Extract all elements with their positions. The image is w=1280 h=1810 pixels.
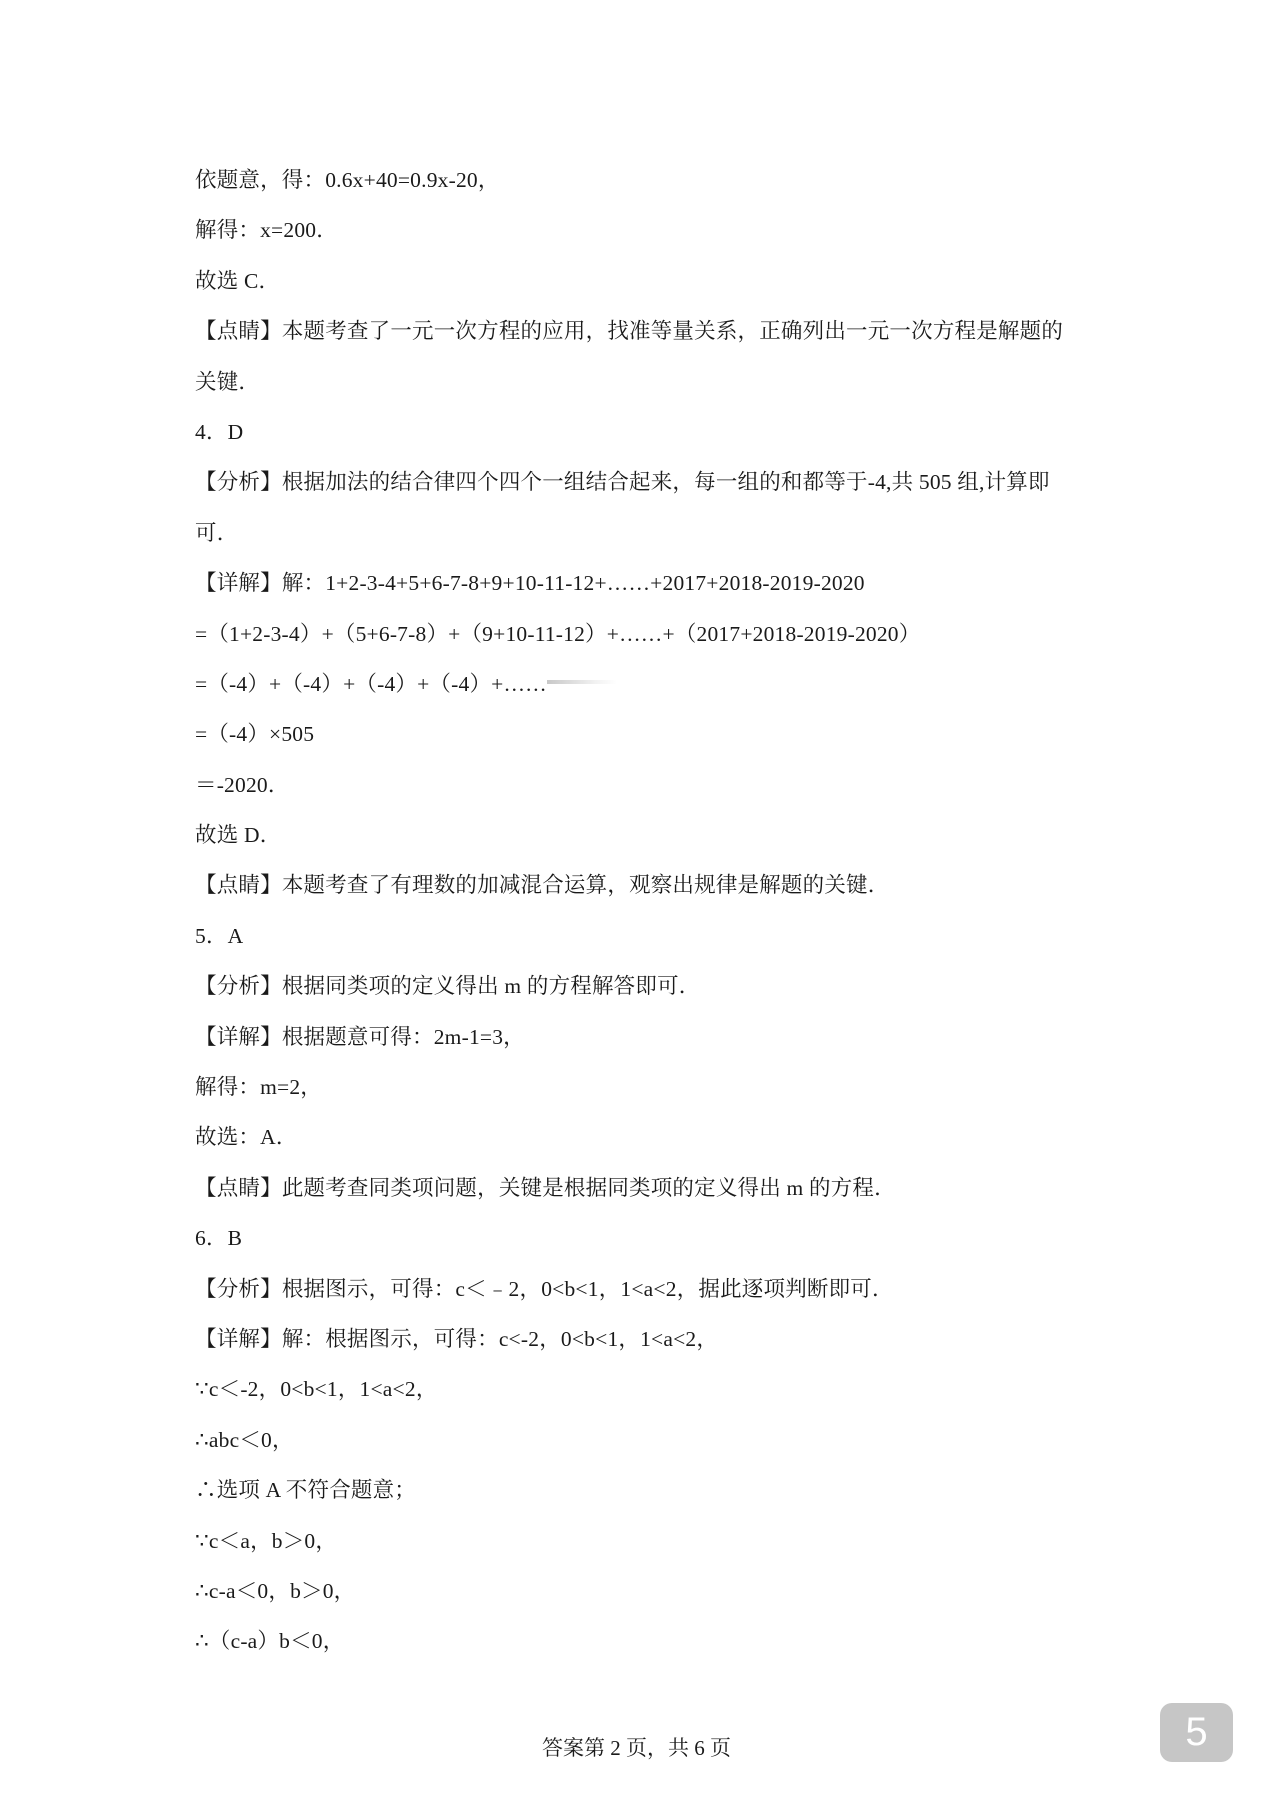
section-tag: 【点睛】 xyxy=(195,1176,282,1200)
line-text: 解：1+2-3-4+5+6-7-8+9+10-11-12+……+2017+201… xyxy=(282,571,865,595)
line-text: 根据题意可得：2m-1=3， xyxy=(282,1025,525,1049)
text-line: 故选：A． xyxy=(195,1112,1095,1162)
line-text: 本题考查了一元一次方程的应用，找准等量关系，正确列出一元一次方程是解题的 xyxy=(282,319,1063,343)
section-tag: 【点睛】 xyxy=(195,319,282,343)
analysis-line: 【分析】根据图示，可得：c＜﹣2，0<b<1，1<a<2，据此逐项判断即可． xyxy=(195,1264,1095,1314)
answer-heading: 5．A xyxy=(195,911,1095,961)
line-text: ∴c-a＜0，b＞0， xyxy=(195,1579,355,1603)
line-text: 解得：x=200． xyxy=(195,218,338,242)
line-text: 5．A xyxy=(195,924,243,948)
section-tag: 【点睛】 xyxy=(195,873,282,897)
line-text: 故选：A． xyxy=(195,1125,298,1149)
line-text: 故选 D． xyxy=(195,823,281,847)
line-text: 根据加法的结合律四个四个一组结合起来，每一组的和都等于-4,共 505 组,计算… xyxy=(282,470,1050,494)
line-text: 解：根据图示，可得：c<-2，0<b<1，1<a<2， xyxy=(282,1327,718,1351)
text-line: ∴c-a＜0，b＞0， xyxy=(195,1566,1095,1616)
line-text: 可． xyxy=(195,521,238,545)
section-tag: 【分析】 xyxy=(195,974,282,998)
section-tag: 【分析】 xyxy=(195,470,282,494)
line-text: 解得：m=2， xyxy=(195,1075,322,1099)
analysis-line: 【分析】根据同类项的定义得出 m 的方程解答即可． xyxy=(195,961,1095,1011)
section-tag: 【详解】 xyxy=(195,1327,282,1351)
line-text: 依题意，得：0.6x+40=0.9x-20， xyxy=(195,168,500,192)
comment-line: 【点睛】此题考查同类项问题，关键是根据同类项的定义得出 m 的方程． xyxy=(195,1163,1095,1213)
page-number-label: 答案第 2 页，共 6 页 xyxy=(542,1736,731,1760)
line-text: 本题考查了有理数的加减混合运算，观察出规律是解题的关键． xyxy=(282,873,890,897)
line-text: ∴abc＜0， xyxy=(195,1428,294,1452)
line-text: 关键． xyxy=(195,370,260,394)
text-line: ∵c＜a，b＞0， xyxy=(195,1516,1095,1566)
faded-cutoff-mark xyxy=(547,680,617,684)
line-text: ∵c＜-2，0<b<1，1<a<2， xyxy=(195,1377,438,1401)
text-line: ∴abc＜0， xyxy=(195,1415,1095,1465)
section-tag: 【详解】 xyxy=(195,571,282,595)
page-footer: 答案第 2 页，共 6 页 xyxy=(0,1734,1280,1762)
line-text: ∵c＜a，b＞0， xyxy=(195,1529,337,1553)
detail-line: 【详解】解：根据图示，可得：c<-2，0<b<1，1<a<2， xyxy=(195,1314,1095,1364)
text-line: ∵c＜-2，0<b<1，1<a<2， xyxy=(195,1364,1095,1414)
line-text: ＝-2020． xyxy=(195,773,290,797)
detail-line: 【详解】根据题意可得：2m-1=3， xyxy=(195,1012,1095,1062)
text-line: ＝-2020． xyxy=(195,760,1095,810)
comment-line: 【点睛】本题考查了有理数的加减混合运算，观察出规律是解题的关键． xyxy=(195,860,1095,910)
detail-line: 【详解】解：1+2-3-4+5+6-7-8+9+10-11-12+……+2017… xyxy=(195,558,1095,608)
badge-number: 5 xyxy=(1185,1710,1207,1754)
analysis-line: 【分析】根据加法的结合律四个四个一组结合起来，每一组的和都等于-4,共 505 … xyxy=(195,457,1095,507)
line-text: =（-4）×505 xyxy=(195,722,314,746)
line-text: =（-4）+（-4）+（-4）+（-4）+…… xyxy=(195,672,547,696)
text-line: 可． xyxy=(195,508,1095,558)
text-line: 故选 D． xyxy=(195,810,1095,860)
text-line: =（1+2-3-4）+（5+6-7-8）+（9+10-11-12）+……+（20… xyxy=(195,609,1095,659)
section-tag: 【详解】 xyxy=(195,1025,282,1049)
section-tag: 【分析】 xyxy=(195,1277,282,1301)
answer-heading: 4．D xyxy=(195,407,1095,457)
answer-heading: 6．B xyxy=(195,1213,1095,1263)
text-line: =（-4）×505 xyxy=(195,709,1095,759)
line-text: 根据图示，可得：c＜﹣2，0<b<1，1<a<2，据此逐项判断即可． xyxy=(282,1277,894,1301)
text-line: ∴（c-a）b＜0， xyxy=(195,1616,1095,1666)
text-line: 故选 C． xyxy=(195,256,1095,306)
text-line: 解得：x=200． xyxy=(195,205,1095,255)
line-text: ∴（c-a）b＜0， xyxy=(195,1629,344,1653)
line-text: 此题考查同类项问题，关键是根据同类项的定义得出 m 的方程． xyxy=(282,1176,896,1200)
text-line: 依题意，得：0.6x+40=0.9x-20， xyxy=(195,155,1095,205)
line-text: 故选 C． xyxy=(195,269,280,293)
text-line: 解得：m=2， xyxy=(195,1062,1095,1112)
line-text: 根据同类项的定义得出 m 的方程解答即可． xyxy=(282,974,701,998)
answer-content: 依题意，得：0.6x+40=0.9x-20， 解得：x=200． 故选 C． 【… xyxy=(195,155,1095,1667)
line-text: 6．B xyxy=(195,1226,242,1250)
line-text: 4．D xyxy=(195,420,243,444)
text-line: =（-4）+（-4）+（-4）+（-4）+…… xyxy=(195,659,1095,709)
comment-line: 【点睛】本题考查了一元一次方程的应用，找准等量关系，正确列出一元一次方程是解题的 xyxy=(195,306,1095,356)
document-page: 依题意，得：0.6x+40=0.9x-20， 解得：x=200． 故选 C． 【… xyxy=(0,0,1280,1810)
page-index-badge[interactable]: 5 xyxy=(1160,1703,1233,1762)
text-line: 关键． xyxy=(195,357,1095,407)
line-text: =（1+2-3-4）+（5+6-7-8）+（9+10-11-12）+……+（20… xyxy=(195,622,920,646)
text-line: ∴选项 A 不符合题意； xyxy=(195,1465,1095,1515)
line-text: ∴选项 A 不符合题意； xyxy=(195,1478,416,1502)
